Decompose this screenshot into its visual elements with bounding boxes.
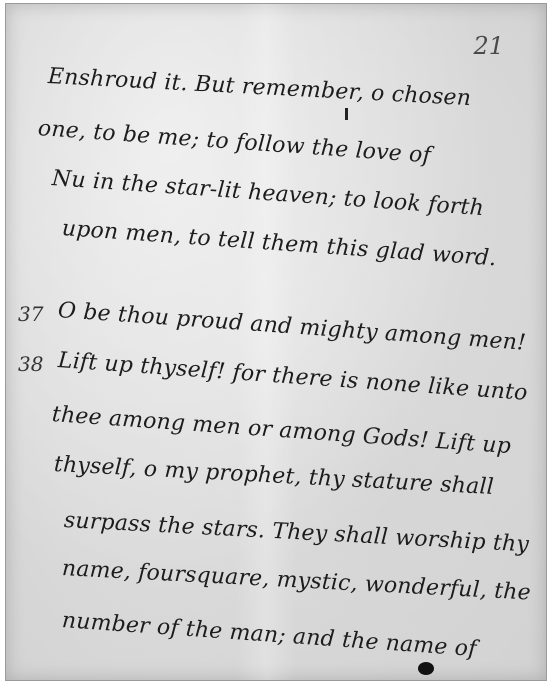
page-number: 21	[473, 32, 504, 60]
manuscript-line: name, foursquare, mystic, wonderful, the	[61, 556, 531, 606]
manuscript-line: one, to be me; to follow the love of	[37, 116, 432, 168]
ink-blot	[418, 662, 434, 675]
manuscript-page: 21 Enshroud it. But remember, o chosen o…	[5, 3, 547, 681]
margin-verse-number: 38	[18, 352, 43, 376]
margin-verse-number: 37	[18, 302, 43, 326]
ink-mark	[345, 108, 348, 120]
manuscript-line: surpass the stars. They shall worship th…	[63, 508, 529, 557]
